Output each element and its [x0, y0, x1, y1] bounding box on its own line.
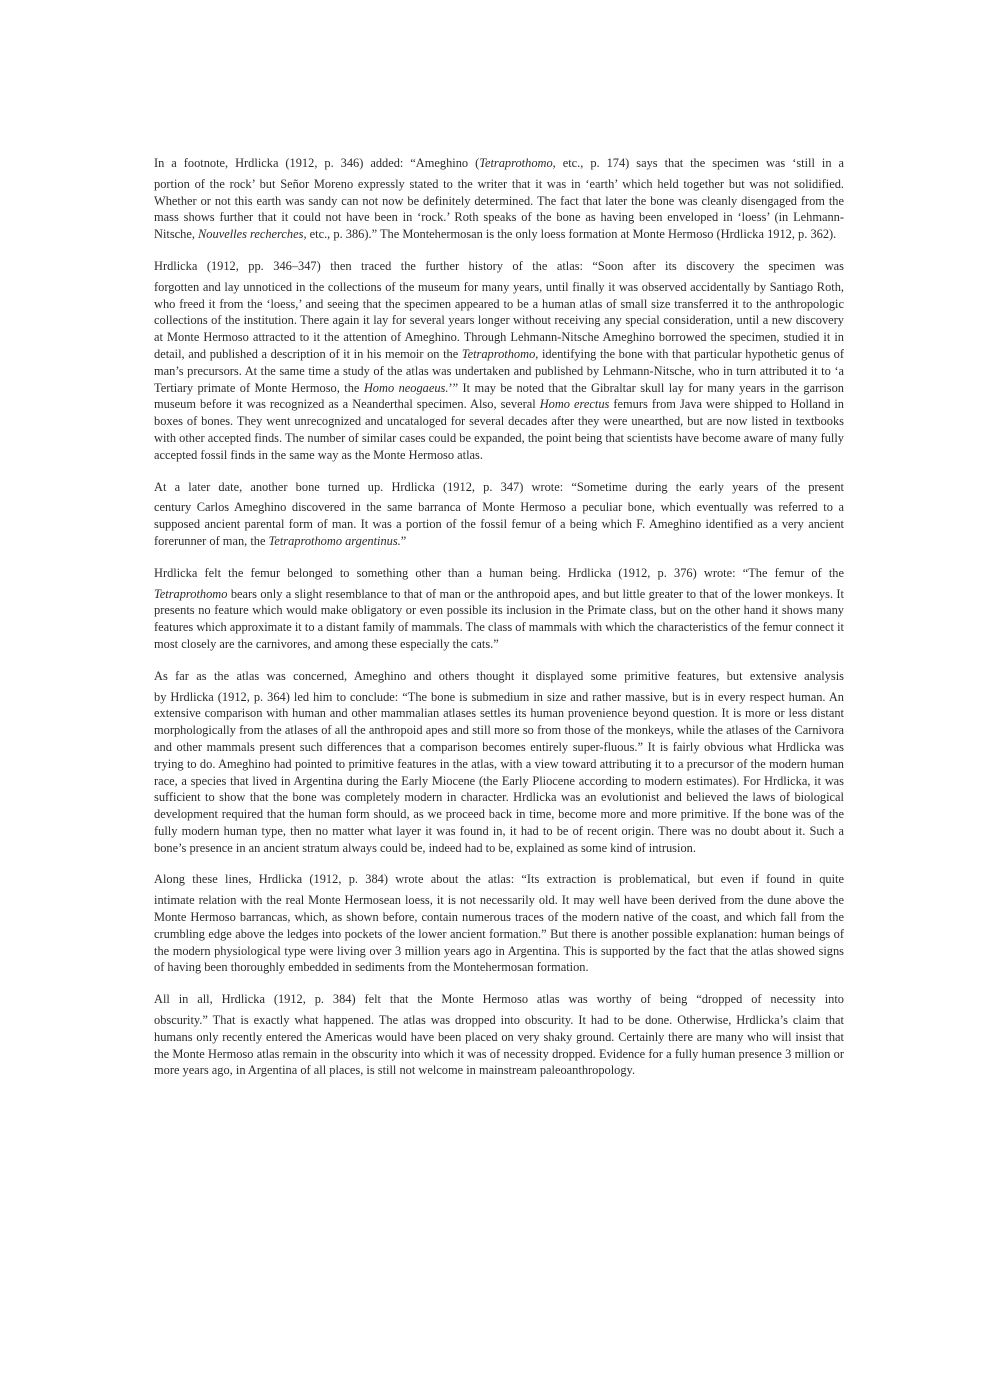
- paragraph-extraction: Along these lines, Hrdlicka (1912, p. 38…: [154, 871, 844, 976]
- paragraph-body: by Hrdlicka (1912, p. 364) led him to co…: [154, 689, 844, 857]
- paragraph-first-line: Hrdlicka felt the femur belonged to some…: [154, 565, 844, 582]
- paragraph-atlas-analysis: As far as the atlas was concerned, Amegh…: [154, 668, 844, 857]
- italic-term: Homo neogaeus.: [364, 381, 449, 395]
- italic-term: Homo erectus: [540, 397, 610, 411]
- paragraph-body: Tetraprothomo bears only a slight resemb…: [154, 586, 844, 653]
- italic-term: Tetraprothomo,: [479, 156, 556, 170]
- paragraph-atlas-history: Hrdlicka (1912, pp. 346–347) then traced…: [154, 258, 844, 464]
- paragraph-body: forgotten and lay unnoticed in the colle…: [154, 279, 844, 464]
- paragraph-first-line: Hrdlicka (1912, pp. 346–347) then traced…: [154, 258, 844, 275]
- paragraph-footnote-quote: In a footnote, Hrdlicka (1912, p. 346) a…: [154, 155, 844, 243]
- paragraph-first-line: As far as the atlas was concerned, Amegh…: [154, 668, 844, 685]
- paragraph-first-line: In a footnote, Hrdlicka (1912, p. 346) a…: [154, 155, 844, 172]
- paragraph-body: intimate relation with the real Monte He…: [154, 892, 844, 976]
- italic-term: Nouvelles recherches,: [198, 227, 307, 241]
- paragraph-body: century Carlos Ameghino discovered in th…: [154, 499, 844, 549]
- italic-term: Tetraprothomo argentinus.: [269, 534, 401, 548]
- paragraph-first-line: At a later date, another bone turned up.…: [154, 479, 844, 496]
- document-page: In a footnote, Hrdlicka (1912, p. 346) a…: [154, 155, 844, 1094]
- italic-term: Tetraprothomo,: [462, 347, 539, 361]
- paragraph-femur-analysis: Hrdlicka felt the femur belonged to some…: [154, 565, 844, 653]
- paragraph-body: obscurity.” That is exactly what happene…: [154, 1012, 844, 1079]
- paragraph-body: portion of the rock’ but Señor Moreno ex…: [154, 176, 844, 243]
- italic-term: Tetraprothomo: [154, 587, 227, 601]
- paragraph-femur-discovery: At a later date, another bone turned up.…: [154, 479, 844, 550]
- paragraph-first-line: All in all, Hrdlicka (1912, p. 384) felt…: [154, 991, 844, 1008]
- paragraph-conclusion: All in all, Hrdlicka (1912, p. 384) felt…: [154, 991, 844, 1079]
- paragraph-first-line: Along these lines, Hrdlicka (1912, p. 38…: [154, 871, 844, 888]
